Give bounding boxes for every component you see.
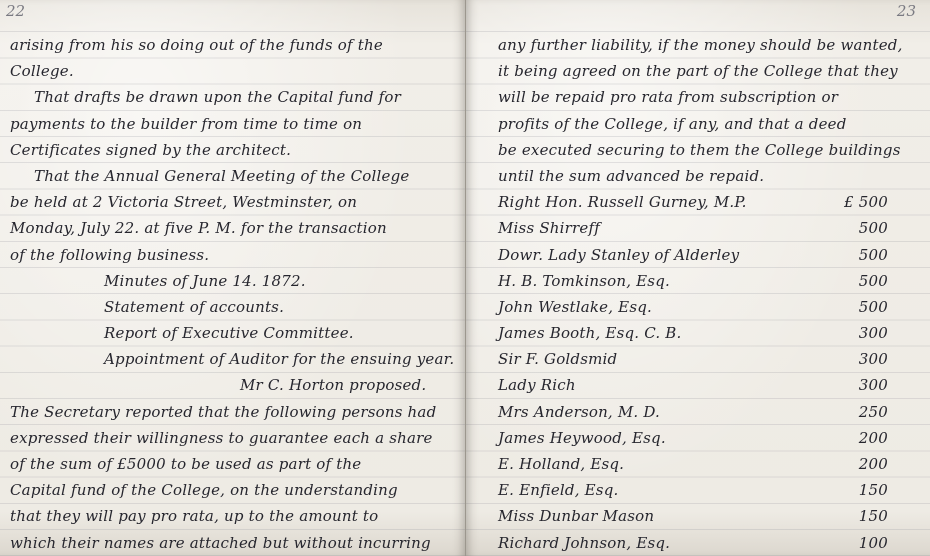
text-line: be held at 2 Victoria Street, Westminste…	[0, 189, 465, 215]
guarantor-row: Miss Dunbar Mason 150	[466, 503, 930, 529]
guarantor-amount: 300	[808, 346, 888, 372]
guarantor-name: Right Hon. Russell Gurney, M.P.	[468, 189, 808, 215]
guarantor-row: Miss Shirreff 500	[466, 215, 930, 241]
text-line: profits of the College, if any, and that…	[466, 111, 930, 137]
text-line: of the following business.	[0, 242, 465, 268]
text-line: will be repaid pro rata from subscriptio…	[466, 84, 930, 110]
guarantor-row: H. B. Tomkinson, Esq. 500	[466, 268, 930, 294]
guarantor-row: Sir F. Goldsmid 300	[466, 346, 930, 372]
secretary-report: The Secretary reported that the followin…	[0, 399, 465, 425]
text-line: be executed securing to them the College…	[466, 137, 930, 163]
guarantor-amount: 500	[808, 242, 888, 268]
agenda-item: Appointment of Auditor for the ensuing y…	[0, 346, 465, 372]
guarantor-name: E. Holland, Esq.	[468, 451, 808, 477]
guarantor-row: Mrs Anderson, M. D. 250	[466, 399, 930, 425]
guarantor-amount: 200	[808, 451, 888, 477]
text-line: expressed their willingness to guarantee…	[0, 425, 465, 451]
guarantor-name: Miss Dunbar Mason	[468, 503, 808, 529]
text-line: it being agreed on the part of the Colle…	[466, 58, 930, 84]
guarantor-name: Lady Rich	[468, 372, 808, 398]
guarantor-row: Dowr. Lady Stanley of Alderley 500	[466, 242, 930, 268]
guarantor-name: Mrs Anderson, M. D.	[468, 399, 808, 425]
guarantor-amount: 500	[808, 294, 888, 320]
resolution-drafts: That drafts be drawn upon the Capital fu…	[0, 84, 465, 110]
guarantor-name: John Westlake, Esq.	[468, 294, 808, 320]
text-line: College.	[0, 58, 465, 84]
resolution-annual-meeting: That the Annual General Meeting of the C…	[0, 163, 465, 189]
guarantor-name: Richard Johnson, Esq.	[468, 530, 808, 556]
guarantor-row: E. Holland, Esq. 200	[466, 451, 930, 477]
text-line: arising from his so doing out of the fun…	[0, 32, 465, 58]
text-line: payments to the builder from time to tim…	[0, 111, 465, 137]
guarantor-row: James Heywood, Esq. 200	[466, 425, 930, 451]
agenda-item: Report of Executive Committee.	[0, 320, 465, 346]
guarantor-amount: 300	[808, 320, 888, 346]
left-page: 22 arising from his so doing out of the …	[0, 0, 466, 556]
text-line: until the sum advanced be repaid.	[466, 163, 930, 189]
guarantor-amount: 200	[808, 425, 888, 451]
text-line: Certificates signed by the architect.	[0, 137, 465, 163]
guarantor-amount: 500	[808, 268, 888, 294]
guarantor-name: Dowr. Lady Stanley of Alderley	[468, 242, 808, 268]
guarantor-row: Right Hon. Russell Gurney, M.P. £ 500	[466, 189, 930, 215]
guarantor-amount: 250	[808, 399, 888, 425]
guarantor-amount: 150	[808, 477, 888, 503]
right-page-text: any further liability, if the money shou…	[466, 6, 930, 556]
open-book-spread: 22 arising from his so doing out of the …	[0, 0, 930, 556]
guarantor-name: E. Enfield, Esq.	[468, 477, 808, 503]
guarantor-row: James Booth, Esq. C. B. 300	[466, 320, 930, 346]
guarantor-name: H. B. Tomkinson, Esq.	[468, 268, 808, 294]
guarantor-row: E. Enfield, Esq. 150	[466, 477, 930, 503]
guarantor-amount: 100	[808, 530, 888, 556]
guarantor-row: John Westlake, Esq. 500	[466, 294, 930, 320]
right-page: 23 any further liability, if the money s…	[466, 0, 930, 556]
text-line: of the sum of £5000 to be used as part o…	[0, 451, 465, 477]
guarantor-amount: 500	[808, 215, 888, 241]
agenda-item: Minutes of June 14. 1872.	[0, 268, 465, 294]
guarantor-list: Right Hon. Russell Gurney, M.P. £ 500 Mi…	[466, 189, 930, 556]
text-line: any further liability, if the money shou…	[466, 32, 930, 58]
guarantor-name: James Heywood, Esq.	[468, 425, 808, 451]
text-line: Monday, July 22. at five P. M. for the t…	[0, 215, 465, 241]
left-page-text: arising from his so doing out of the fun…	[0, 6, 465, 556]
agenda-item: Statement of accounts.	[0, 294, 465, 320]
text-line: that they will pay pro rata, up to the a…	[0, 503, 465, 529]
guarantor-amount: 300	[808, 372, 888, 398]
text-line: which their names are attached but witho…	[0, 530, 465, 556]
proposer-note: Mr C. Horton proposed.	[0, 372, 465, 398]
guarantor-amount: £ 500	[808, 189, 888, 215]
text-line: Capital fund of the College, on the unde…	[0, 477, 465, 503]
guarantor-name: Sir F. Goldsmid	[468, 346, 808, 372]
guarantor-amount: 150	[808, 503, 888, 529]
guarantor-name: Miss Shirreff	[468, 215, 808, 241]
pound-sign: £	[844, 193, 854, 211]
guarantor-name: James Booth, Esq. C. B.	[468, 320, 808, 346]
guarantor-row: Richard Johnson, Esq. 100	[466, 530, 930, 556]
guarantor-row: Lady Rich 300	[466, 372, 930, 398]
